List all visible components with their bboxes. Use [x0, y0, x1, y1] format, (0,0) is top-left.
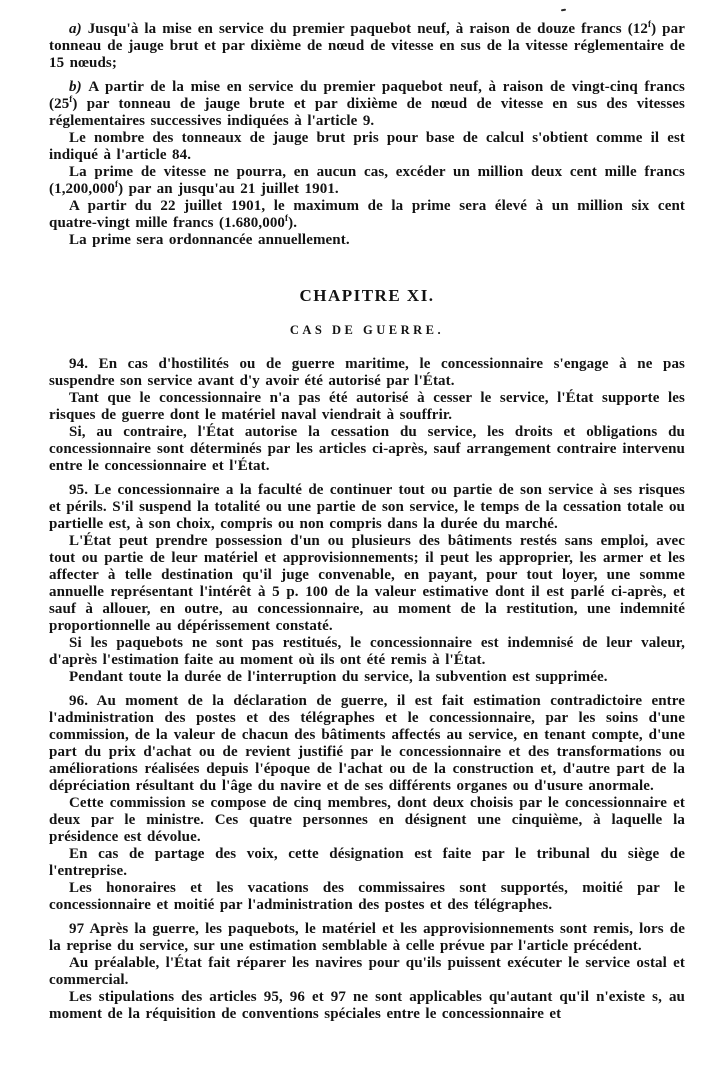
text-run: ) par an jusqu'au 21 juillet 1901. — [118, 181, 339, 197]
paragraph-prime-1901: A partir du 22 juillet 1901, le maximum … — [49, 198, 685, 232]
text-run: Cette commission se compose de cinq memb… — [49, 795, 685, 845]
text-run: Les honoraires et les vacations des comm… — [49, 880, 685, 913]
scan-ink-speck — [561, 9, 566, 12]
text-run: Les stipulations des articles 95, 96 et … — [49, 989, 685, 1022]
paragraph-commission: Cette commission se compose de cinq memb… — [49, 795, 685, 846]
paragraph-honoraires: Les honoraires et les vacations des comm… — [49, 880, 685, 914]
article-94: 94. En cas d'hostilités ou de guerre mar… — [49, 356, 685, 390]
item-letter: b) — [69, 79, 88, 95]
article-95: 95. Le concessionnaire a la faculté de c… — [49, 482, 685, 533]
paragraph-item-a: a) Jusqu'à la mise en service du premier… — [49, 21, 685, 72]
paragraph-ordonnancement: La prime sera ordonnancée annuellement. — [49, 232, 685, 249]
text-column: a) Jusqu'à la mise en service du premier… — [49, 14, 685, 1023]
text-run: 94. En cas d'hostilités ou de guerre mar… — [49, 356, 685, 389]
paragraph-tonnage: Le nombre des tonneaux de jauge brut pri… — [49, 130, 685, 164]
section-heading: CAS DE GUERRE. — [49, 323, 685, 338]
document-page: a) Jusqu'à la mise en service du premier… — [0, 0, 706, 1089]
text-run: 97 Après la guerre, les paquebots, le ma… — [49, 921, 685, 954]
text-run: 95. Le concessionnaire a la faculté de c… — [49, 482, 685, 532]
text-run: A partir du 22 juillet 1901, le maximum … — [49, 198, 685, 231]
paragraph-indemnisation: Si les paquebots ne sont pas restitués, … — [49, 635, 685, 669]
paragraph-prime-maximum: La prime de vitesse ne pourra, en aucun … — [49, 164, 685, 198]
paragraph-reparation: Au préalable, l'État fait réparer les na… — [49, 955, 685, 989]
text-run: Pendant toute la durée de l'interruption… — [69, 669, 608, 685]
text-run: Le nombre des tonneaux de jauge brut pri… — [49, 130, 685, 163]
article-97: 97 Après la guerre, les paquebots, le ma… — [49, 921, 685, 955]
paragraph-cessation: Si, au contraire, l'État autorise la ces… — [49, 424, 685, 475]
text-run: Si les paquebots ne sont pas restitués, … — [49, 635, 685, 668]
paragraph-stipulations: Les stipulations des articles 95, 96 et … — [49, 989, 685, 1023]
text-run: ) par tonneau de jauge brute et par dixi… — [49, 96, 685, 129]
text-run: Tant que le concessionnaire n'a pas été … — [49, 390, 685, 423]
chapter-heading: CHAPITRE XI. — [49, 286, 685, 306]
text-run: ). — [288, 215, 297, 231]
text-run: La prime sera ordonnancée annuellement. — [69, 232, 350, 248]
text-run: En cas de partage des voix, cette désign… — [49, 846, 685, 879]
text-run: 96. Au moment de la déclaration de guerr… — [49, 693, 685, 794]
paragraph-risques-guerre: Tant que le concessionnaire n'a pas été … — [49, 390, 685, 424]
article-96: 96. Au moment de la déclaration de guerr… — [49, 693, 685, 795]
text-run: Au préalable, l'État fait réparer les na… — [49, 955, 685, 988]
text-run: Jusqu'à la mise en service du premier pa… — [88, 21, 648, 37]
text-run: L'État peut prendre possession d'un ou p… — [49, 533, 685, 634]
item-letter: a) — [69, 21, 88, 37]
paragraph-partage-voix: En cas de partage des voix, cette désign… — [49, 846, 685, 880]
text-run: Si, au contraire, l'État autorise la ces… — [49, 424, 685, 474]
paragraph-item-b: b) A partir de la mise en service du pre… — [49, 79, 685, 130]
paragraph-subvention: Pendant toute la durée de l'interruption… — [49, 669, 685, 686]
paragraph-possession-etat: L'État peut prendre possession d'un ou p… — [49, 533, 685, 635]
